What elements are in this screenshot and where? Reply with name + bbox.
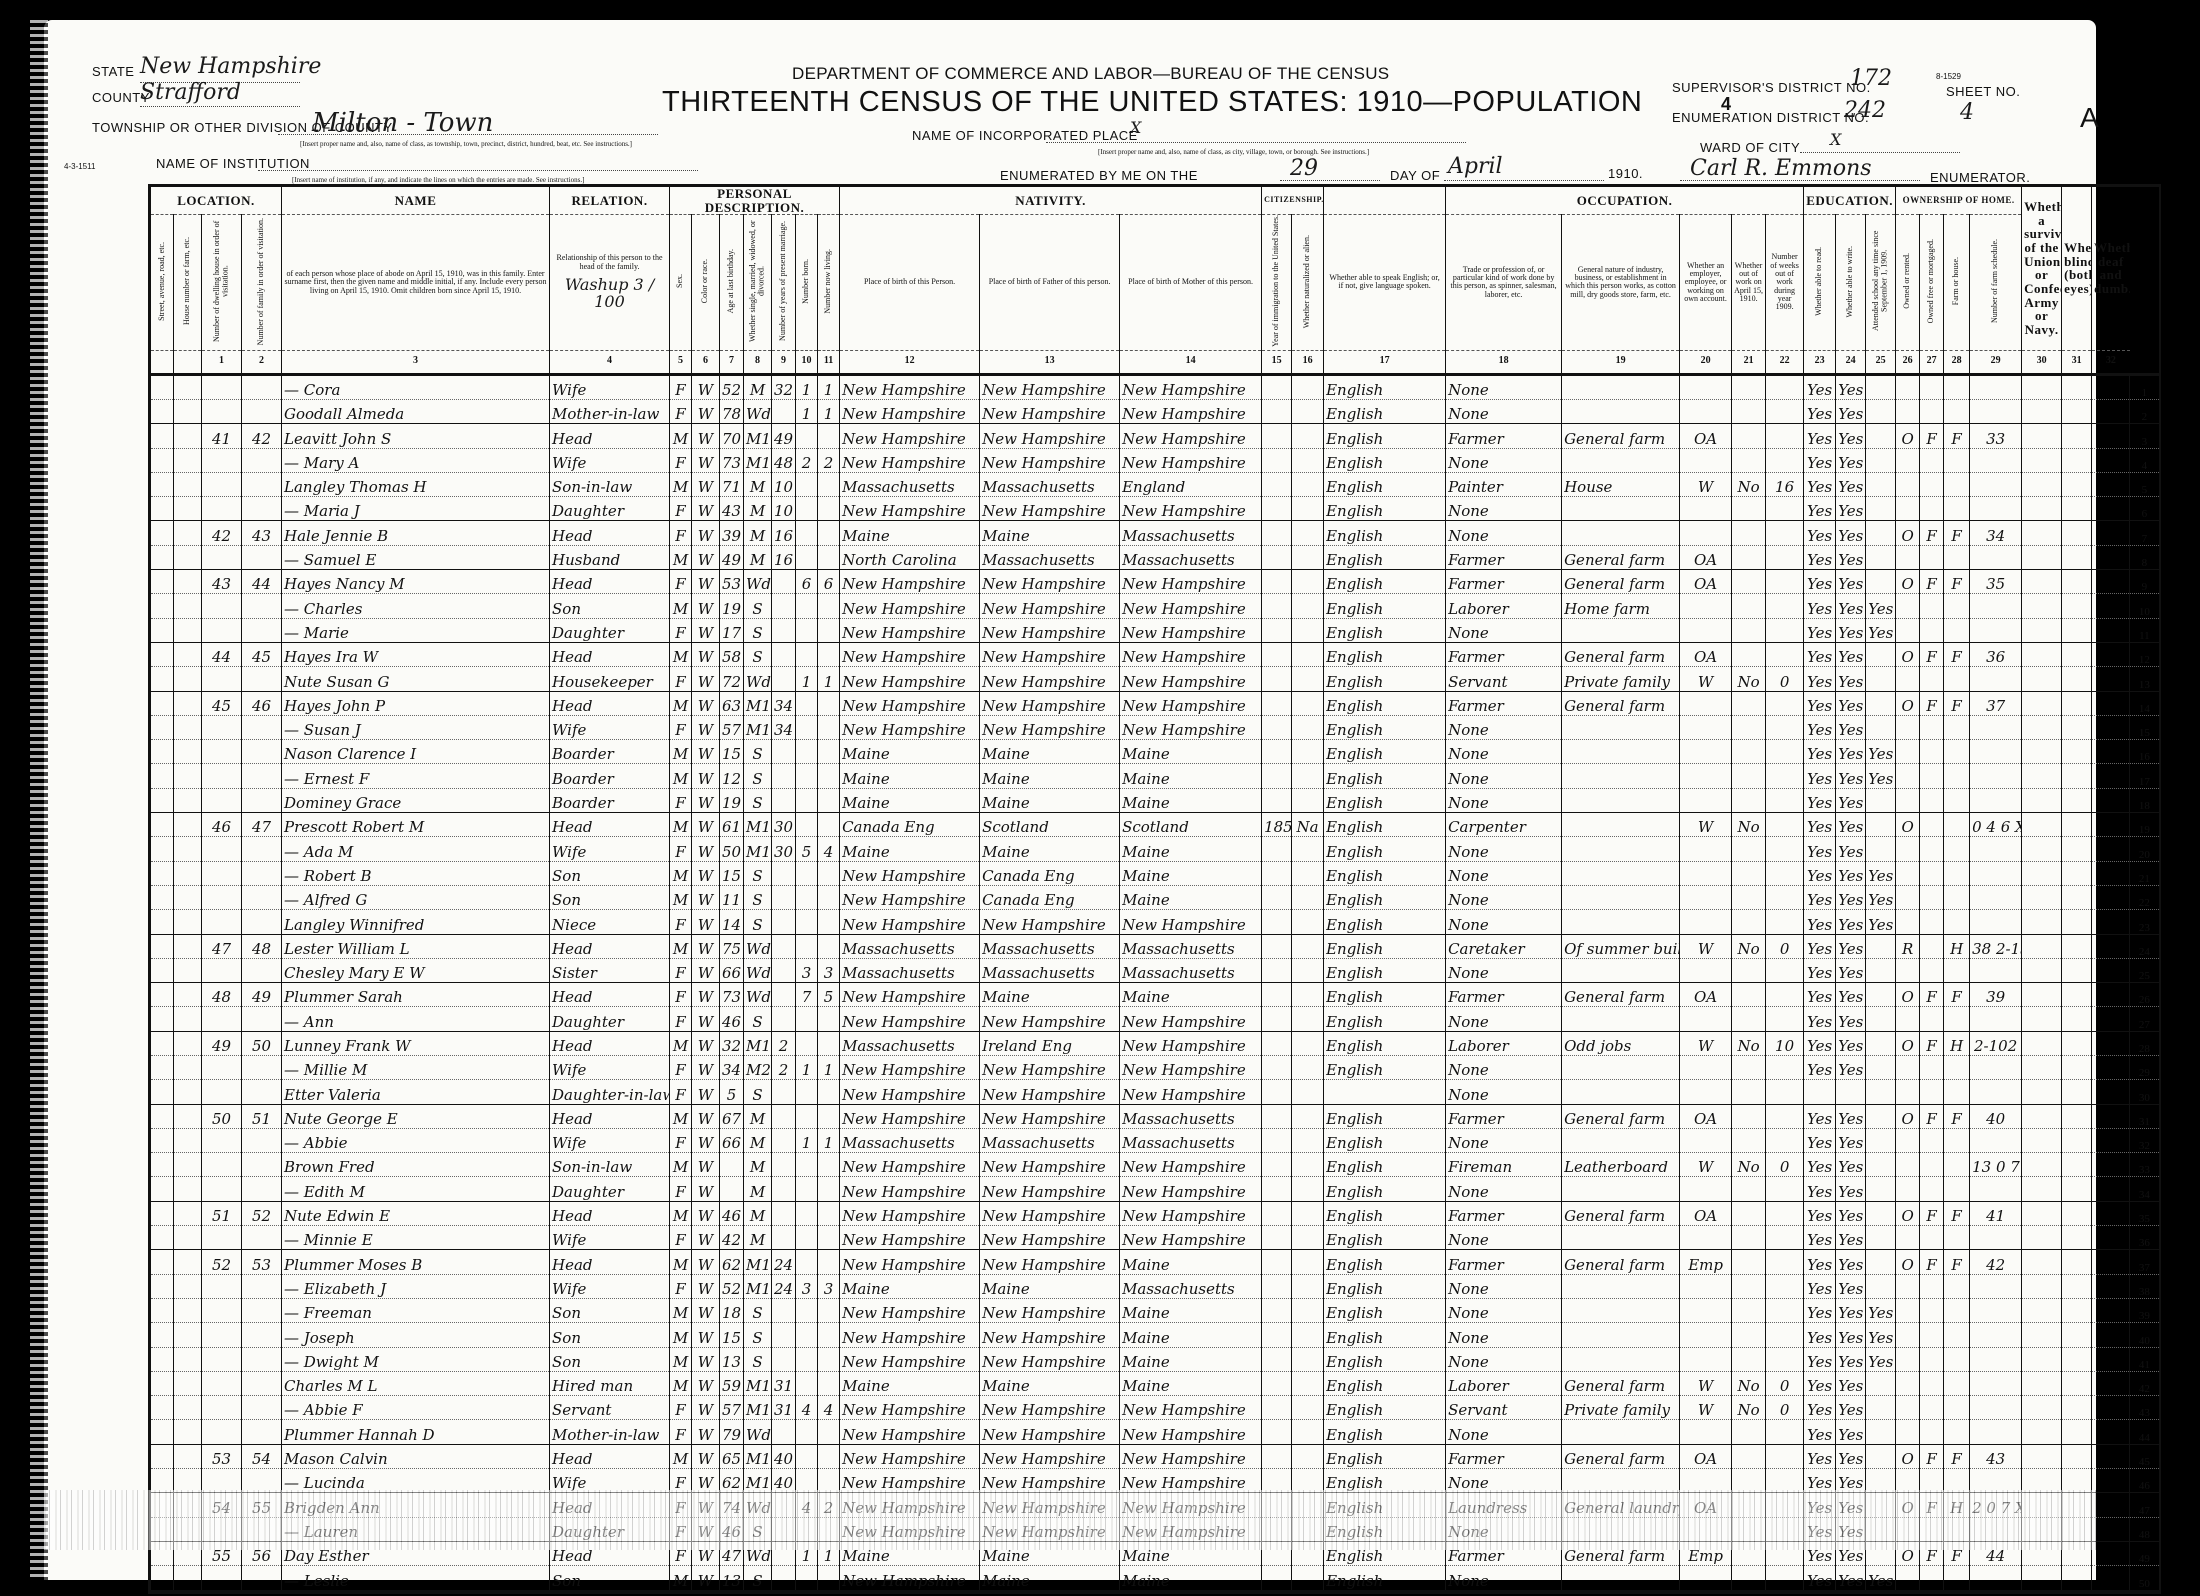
cell-dw — [202, 1007, 242, 1031]
cell-name: Lunney Frank W — [282, 1031, 550, 1055]
line-number: 10 — [2130, 594, 2160, 618]
cell-trade: None — [1446, 788, 1562, 812]
cell-lang: English — [1324, 521, 1446, 545]
cell-born — [796, 1420, 818, 1444]
cell-deaf — [2092, 594, 2130, 618]
cell-fbp: Maine — [980, 764, 1120, 788]
cell-sex: M — [670, 594, 692, 618]
cell-fh: H — [1944, 1031, 1970, 1055]
cell-fh — [1944, 448, 1970, 472]
cell-name: Nason Clarence I — [282, 740, 550, 764]
cell-vet — [2022, 1566, 2062, 1592]
cell-ind — [1562, 958, 1680, 982]
cell-wr: Yes — [1836, 1007, 1866, 1031]
cell-rd: Yes — [1804, 1444, 1836, 1468]
cell-sch — [1866, 1080, 1896, 1104]
cell-rel: Head — [550, 691, 670, 715]
cell-sch — [1866, 1371, 1896, 1395]
cell-ms: M — [744, 1177, 772, 1201]
cell-born — [796, 1347, 818, 1371]
cell-dw — [202, 1396, 242, 1420]
cell-nat — [1292, 618, 1324, 642]
cell-wks: 0 — [1766, 1396, 1804, 1420]
cell-deaf — [2092, 472, 2130, 496]
cell-born — [796, 1080, 818, 1104]
cell-fam — [242, 1371, 282, 1395]
cell-rd: Yes — [1804, 618, 1836, 642]
cell-age: 15 — [720, 740, 744, 764]
cell-fbp: Massachusetts — [980, 934, 1120, 958]
cell-wr: Yes — [1836, 1055, 1866, 1079]
cell-vet — [2022, 1201, 2062, 1225]
cell-ind — [1562, 885, 1680, 909]
cell-bp: New Hampshire — [840, 1444, 980, 1468]
cell-sch — [1866, 667, 1896, 691]
enumerated-day: 29 — [1290, 156, 1318, 181]
cell-emp — [1680, 448, 1732, 472]
cell-fam — [242, 594, 282, 618]
cell-rd: Yes — [1804, 545, 1836, 569]
cell-wks — [1766, 1444, 1804, 1468]
cell-bp: New Hampshire — [840, 861, 980, 885]
cell-wr: Yes — [1836, 958, 1866, 982]
cell-own — [1896, 1128, 1920, 1152]
cell-own — [1896, 1007, 1920, 1031]
cell-race: W — [692, 837, 720, 861]
cell-lang: English — [1324, 983, 1446, 1007]
cell-wr: Yes — [1836, 1226, 1866, 1250]
col-num: 12 — [840, 350, 980, 374]
cell-ind — [1562, 1566, 1680, 1592]
cell-dw: 47 — [202, 934, 242, 958]
cell-wr: Yes — [1836, 667, 1866, 691]
cell-sch — [1866, 472, 1896, 496]
cell-imm — [1262, 1128, 1292, 1152]
cell-lang: English — [1324, 1444, 1446, 1468]
cell-house — [174, 764, 202, 788]
cell-yrs: 32 — [772, 374, 796, 399]
section-name: NAME — [282, 186, 550, 215]
cell-yrs — [772, 1298, 796, 1322]
cell-bp: New Hampshire — [840, 448, 980, 472]
line-number: 19 — [2130, 813, 2160, 837]
table-row: — Robert BSonMW15SNew HampshireCanada En… — [150, 861, 2160, 885]
table-row: 5051Nute George EHeadMW67MNew HampshireN… — [150, 1104, 2160, 1128]
cell-sch — [1866, 691, 1896, 715]
cell-race: W — [692, 1226, 720, 1250]
cell-wr: Yes — [1836, 618, 1866, 642]
header-unemployed: Whether out of work on April 15, 1910. — [1732, 215, 1766, 350]
cell-wks — [1766, 764, 1804, 788]
cell-emp: OA — [1680, 570, 1732, 594]
cell-race: W — [692, 1274, 720, 1298]
cell-sex: F — [670, 1396, 692, 1420]
cell-living — [818, 642, 840, 666]
cell-fbp: New Hampshire — [980, 1201, 1120, 1225]
cell-sex: M — [670, 1566, 692, 1592]
cell-fam — [242, 399, 282, 423]
cell-dw — [202, 715, 242, 739]
cell-imm — [1262, 934, 1292, 958]
cell-trade: Farmer — [1446, 1250, 1562, 1274]
cell-fbp: New Hampshire — [980, 910, 1120, 934]
cell-mbp: New Hampshire — [1120, 1153, 1262, 1177]
cell-ms: M1 — [744, 1371, 772, 1395]
cell-fh — [1944, 1323, 1970, 1347]
cell-mbp: New Hampshire — [1120, 497, 1262, 521]
cell-vet — [2022, 497, 2062, 521]
table-row: — Edith MDaughterFWMNew HampshireNew Ham… — [150, 1177, 2160, 1201]
scan-edge — [30, 20, 48, 1580]
cell-ind: General farm — [1562, 642, 1680, 666]
cell-mort — [1920, 1566, 1944, 1592]
cell-lang: English — [1324, 715, 1446, 739]
line-number: 49 — [2130, 1541, 2160, 1565]
table-row: — Susan JWifeFW57M134New HampshireNew Ha… — [150, 715, 2160, 739]
cell-house — [174, 497, 202, 521]
cell-mbp: New Hampshire — [1120, 1031, 1262, 1055]
cell-deaf — [2092, 1201, 2130, 1225]
cell-dw — [202, 1226, 242, 1250]
line-number: 26 — [2130, 983, 2160, 1007]
enumerator-line — [1680, 180, 1920, 181]
cell-ms: M1 — [744, 1250, 772, 1274]
cell-blind — [2062, 1128, 2092, 1152]
cell-age: 46 — [720, 1007, 744, 1031]
cell-deaf — [2092, 1396, 2130, 1420]
cell-deaf — [2092, 642, 2130, 666]
cell-rel: Son — [550, 1566, 670, 1592]
cell-fh — [1944, 764, 1970, 788]
cell-fh — [1944, 813, 1970, 837]
cell-own: O — [1896, 983, 1920, 1007]
cell-ind — [1562, 521, 1680, 545]
cell-dw: 51 — [202, 1201, 242, 1225]
cell-rd: Yes — [1804, 1396, 1836, 1420]
cell-sch: Yes — [1866, 764, 1896, 788]
cell-rel: Housekeeper — [550, 667, 670, 691]
cell-living — [818, 885, 840, 909]
cell-fam — [242, 910, 282, 934]
cell-sex: F — [670, 1420, 692, 1444]
cell-street — [150, 691, 174, 715]
cell-ms: S — [744, 1323, 772, 1347]
cell-rel: Wife — [550, 374, 670, 399]
cell-rel: Wife — [550, 715, 670, 739]
cell-rd: Yes — [1804, 1347, 1836, 1371]
cell-fam — [242, 1323, 282, 1347]
cell-blind — [2062, 934, 2092, 958]
cell-ms: M2 — [744, 1055, 772, 1079]
table-row: 5253Plummer Moses BHeadMW62M124New Hamps… — [150, 1250, 2160, 1274]
line-number: 43 — [2130, 1396, 2160, 1420]
cell-vet — [2022, 1347, 2062, 1371]
cell-imm — [1262, 958, 1292, 982]
cell-mort: F — [1920, 1031, 1944, 1055]
cell-fh — [1944, 1226, 1970, 1250]
cell-age: 19 — [720, 594, 744, 618]
cell-name: — Robert B — [282, 861, 550, 885]
cell-ind — [1562, 1298, 1680, 1322]
cell-dw — [202, 399, 242, 423]
cell-house — [174, 715, 202, 739]
cell-race: W — [692, 934, 720, 958]
cell-sch — [1866, 715, 1896, 739]
cell-mbp: Maine — [1120, 1298, 1262, 1322]
cell-wks — [1766, 497, 1804, 521]
cell-fs — [1970, 788, 2022, 812]
cell-name: — Cora — [282, 374, 550, 399]
cell-house — [174, 1031, 202, 1055]
cell-trade: Farmer — [1446, 570, 1562, 594]
cell-mort — [1920, 1347, 1944, 1371]
cell-ind — [1562, 374, 1680, 399]
cell-deaf — [2092, 1055, 2130, 1079]
cell-fh — [1944, 910, 1970, 934]
cell-sex: F — [670, 1080, 692, 1104]
cell-street — [150, 374, 174, 399]
cell-rd: Yes — [1804, 521, 1836, 545]
cell-oow — [1732, 861, 1766, 885]
cell-ms: M1 — [744, 1444, 772, 1468]
cell-age: 73 — [720, 983, 744, 1007]
cell-blind — [2062, 618, 2092, 642]
cell-age: 52 — [720, 374, 744, 399]
cell-mbp: Maine — [1120, 861, 1262, 885]
header-children-born: Number born. — [796, 215, 818, 350]
cell-yrs — [772, 788, 796, 812]
cell-bp: Massachusetts — [840, 1031, 980, 1055]
cell-sex: F — [670, 715, 692, 739]
section-location: LOCATION. — [150, 186, 282, 215]
cell-rd: Yes — [1804, 1031, 1836, 1055]
cell-mbp: New Hampshire — [1120, 1201, 1262, 1225]
cell-fam — [242, 837, 282, 861]
cell-lang: English — [1324, 1201, 1446, 1225]
cell-ms: Wd — [744, 399, 772, 423]
cell-fh — [1944, 1153, 1970, 1177]
cell-blind — [2062, 642, 2092, 666]
cell-wks — [1766, 837, 1804, 861]
cell-born — [796, 691, 818, 715]
cell-fh — [1944, 1177, 1970, 1201]
cell-own — [1896, 545, 1920, 569]
cell-fbp: Scotland — [980, 813, 1120, 837]
cell-imm — [1262, 399, 1292, 423]
cell-lang: English — [1324, 861, 1446, 885]
cell-lang: English — [1324, 837, 1446, 861]
cell-dw — [202, 788, 242, 812]
cell-mbp: New Hampshire — [1120, 618, 1262, 642]
cell-dw — [202, 1153, 242, 1177]
cell-name: — Leslie — [282, 1566, 550, 1592]
col-num: 8 — [744, 350, 772, 374]
cell-mort — [1920, 399, 1944, 423]
header-color: Color or race. — [692, 215, 720, 350]
cell-street — [150, 1250, 174, 1274]
cell-street — [150, 1031, 174, 1055]
cell-deaf — [2092, 1566, 2130, 1592]
township-line — [278, 134, 658, 135]
cell-bp: New Hampshire — [840, 424, 980, 448]
cell-imm — [1262, 1444, 1292, 1468]
cell-wks — [1766, 740, 1804, 764]
table-row: 5152Nute Edwin EHeadMW46MNew HampshireNe… — [150, 1201, 2160, 1225]
cell-own — [1896, 788, 1920, 812]
cell-born — [796, 934, 818, 958]
table-row: 4647Prescott Robert MHeadMW61M130Canada … — [150, 813, 2160, 837]
cell-house — [174, 958, 202, 982]
cell-own: O — [1896, 521, 1920, 545]
cell-emp — [1680, 958, 1732, 982]
cell-living — [818, 424, 840, 448]
header-write: Whether able to write. — [1836, 215, 1866, 350]
cell-deaf — [2092, 1080, 2130, 1104]
header-years-married: Number of years of present marriage. — [772, 215, 796, 350]
cell-ind: General farm — [1562, 691, 1680, 715]
cell-sex: F — [670, 910, 692, 934]
cell-fh — [1944, 1396, 1970, 1420]
cell-vet — [2022, 545, 2062, 569]
cell-bp: New Hampshire — [840, 1420, 980, 1444]
cell-ind — [1562, 861, 1680, 885]
cell-age: 15 — [720, 1323, 744, 1347]
cell-mort: F — [1920, 424, 1944, 448]
cell-rel: Head — [550, 1201, 670, 1225]
cell-fbp: Maine — [980, 1274, 1120, 1298]
table-row: Nason Clarence IBoarderMW15SMaineMaineMa… — [150, 740, 2160, 764]
cell-sex: M — [670, 1347, 692, 1371]
cell-trade: Farmer — [1446, 1104, 1562, 1128]
cell-ind: General farm — [1562, 1201, 1680, 1225]
cell-imm — [1262, 837, 1292, 861]
cell-sch: Yes — [1866, 1347, 1896, 1371]
cell-blind — [2062, 983, 2092, 1007]
cell-yrs — [772, 1323, 796, 1347]
cell-race: W — [692, 642, 720, 666]
cell-fh: F — [1944, 1104, 1970, 1128]
cell-imm — [1262, 594, 1292, 618]
cell-fs: 35 — [1970, 570, 2022, 594]
cell-mort — [1920, 837, 1944, 861]
cell-wr: Yes — [1836, 1250, 1866, 1274]
line-number: 50 — [2130, 1566, 2160, 1592]
cell-sex: M — [670, 642, 692, 666]
header-employer: Whether an employer, employee, or workin… — [1680, 215, 1732, 350]
cell-age: 63 — [720, 691, 744, 715]
cell-sch: Yes — [1866, 885, 1896, 909]
cell-house — [174, 861, 202, 885]
cell-nat — [1292, 545, 1324, 569]
table-row: — Millie MWifeFW34M2211New HampshireNew … — [150, 1055, 2160, 1079]
cell-rd: Yes — [1804, 1007, 1836, 1031]
cell-house — [174, 1104, 202, 1128]
table-row: — CoraWifeFW52M3211New HampshireNew Hamp… — [150, 374, 2160, 399]
cell-nat — [1292, 715, 1324, 739]
header-farm-house: Farm or house. — [1944, 215, 1970, 350]
col-num: 25 — [1866, 350, 1896, 374]
cell-oow: No — [1732, 934, 1766, 958]
cell-trade: Painter — [1446, 472, 1562, 496]
cell-street — [150, 983, 174, 1007]
cell-oow — [1732, 618, 1766, 642]
cell-deaf — [2092, 1347, 2130, 1371]
cell-house — [174, 374, 202, 399]
cell-dw — [202, 1371, 242, 1395]
cell-vet — [2022, 1420, 2062, 1444]
cell-street — [150, 424, 174, 448]
cell-blind — [2062, 861, 2092, 885]
cell-house — [174, 837, 202, 861]
header-dwelling: Number of dwelling house in order of vis… — [202, 215, 242, 350]
cell-rel: Daughter — [550, 1007, 670, 1031]
cell-sch — [1866, 813, 1896, 837]
cell-age: 11 — [720, 885, 744, 909]
cell-fh — [1944, 958, 1970, 982]
cell-bp: Maine — [840, 764, 980, 788]
cell-fam — [242, 1566, 282, 1592]
cell-wr — [1836, 1080, 1866, 1104]
line-number: 8 — [2130, 545, 2160, 569]
cell-fs — [1970, 740, 2022, 764]
table-row: 4243Hale Jennie BHeadFW39M16MaineMaineMa… — [150, 521, 2160, 545]
cell-deaf — [2092, 837, 2130, 861]
cell-rd: Yes — [1804, 374, 1836, 399]
cell-fh — [1944, 545, 1970, 569]
cell-lang: English — [1324, 740, 1446, 764]
cell-nat — [1292, 1055, 1324, 1079]
cell-blind — [2062, 837, 2092, 861]
header-weeks-out: Number of weeks out of work during year … — [1766, 215, 1804, 350]
line-number: 42 — [2130, 1371, 2160, 1395]
cell-name: — Charles — [282, 594, 550, 618]
cell-mort: F — [1920, 983, 1944, 1007]
cell-dw — [202, 448, 242, 472]
cell-own — [1896, 910, 1920, 934]
cell-trade: Servant — [1446, 1396, 1562, 1420]
cell-street — [150, 740, 174, 764]
cell-age: 14 — [720, 910, 744, 934]
cell-fs: 34 — [1970, 521, 2022, 545]
cell-blind — [2062, 570, 2092, 594]
cell-house — [174, 521, 202, 545]
cell-race: W — [692, 1420, 720, 1444]
line-number: 17 — [2130, 764, 2160, 788]
cell-deaf — [2092, 1541, 2130, 1565]
cell-dw — [202, 1274, 242, 1298]
cell-dw — [202, 885, 242, 909]
cell-house — [174, 594, 202, 618]
cell-deaf — [2092, 1493, 2130, 1517]
cell-fbp: New Hampshire — [980, 1080, 1120, 1104]
col-num: 16 — [1292, 350, 1324, 374]
cell-street — [150, 399, 174, 423]
cell-own — [1896, 1347, 1920, 1371]
cell-sex: F — [670, 837, 692, 861]
cell-sex: M — [670, 1250, 692, 1274]
cell-rel: Son — [550, 1298, 670, 1322]
header-owned: Owned or rented. — [1896, 215, 1920, 350]
cell-ind — [1562, 618, 1680, 642]
cell-dw: 41 — [202, 424, 242, 448]
cell-age: 15 — [720, 861, 744, 885]
cell-age: 66 — [720, 958, 744, 982]
cell-street — [150, 667, 174, 691]
cell-dw — [202, 1298, 242, 1322]
cell-bp: New Hampshire — [840, 1298, 980, 1322]
cell-vet — [2022, 1153, 2062, 1177]
cell-wks — [1766, 715, 1804, 739]
